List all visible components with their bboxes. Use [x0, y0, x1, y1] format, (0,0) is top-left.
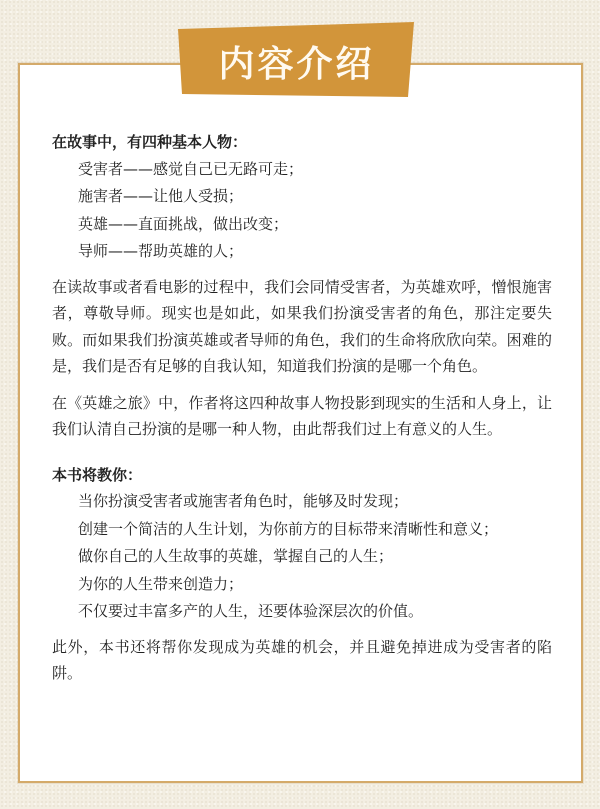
benefits-list: 当你扮演受害者或施害者角色时，能够及时发现； 创建一个简洁的人生计划，为你前方的… — [52, 489, 552, 624]
content-body: 在故事中，有四种基本人物： 受害者——感觉自己已无路可走； 施害者——让他人受损… — [52, 130, 552, 687]
banner-title: 内容介绍 — [218, 36, 374, 87]
character-list: 受害者——感觉自己已无路可走； 施害者——让他人受损； 英雄——直面挑战，做出改… — [52, 157, 552, 264]
paragraph-2: 在《英雄之旅》中，作者将这四种故事人物投影到现实的生活和人身上，让我们认清自己扮… — [52, 390, 552, 443]
list-item: 创建一个简洁的人生计划，为你前方的目标带来清晰性和意义； — [78, 517, 552, 542]
paragraph-1: 在读故事或者看电影的过程中，我们会同情受害者，为英雄欢呼，憎恨施害者，尊敬导师。… — [52, 274, 552, 380]
list-item: 当你扮演受害者或施害者角色时，能够及时发现； — [78, 489, 552, 514]
title-banner: 内容介绍 — [178, 22, 415, 98]
list-item: 导师——帮助英雄的人； — [78, 239, 552, 264]
section1-heading: 在故事中，有四种基本人物： — [52, 130, 552, 155]
closing-paragraph: 此外，本书还将帮你发现成为英雄的机会，并且避免掉进成为受害者的陷阱。 — [52, 634, 552, 687]
list-item: 英雄——直面挑战，做出改变； — [78, 212, 552, 237]
section2-heading: 本书将教你： — [52, 463, 552, 488]
list-item: 施害者——让他人受损； — [78, 184, 552, 209]
list-item: 不仅要过丰富多产的人生，还要体验深层次的价值。 — [78, 599, 552, 624]
list-item: 受害者——感觉自己已无路可走； — [78, 157, 552, 182]
list-item: 为你的人生带来创造力； — [78, 572, 552, 597]
list-item: 做你自己的人生故事的英雄，掌握自己的人生； — [78, 544, 552, 569]
